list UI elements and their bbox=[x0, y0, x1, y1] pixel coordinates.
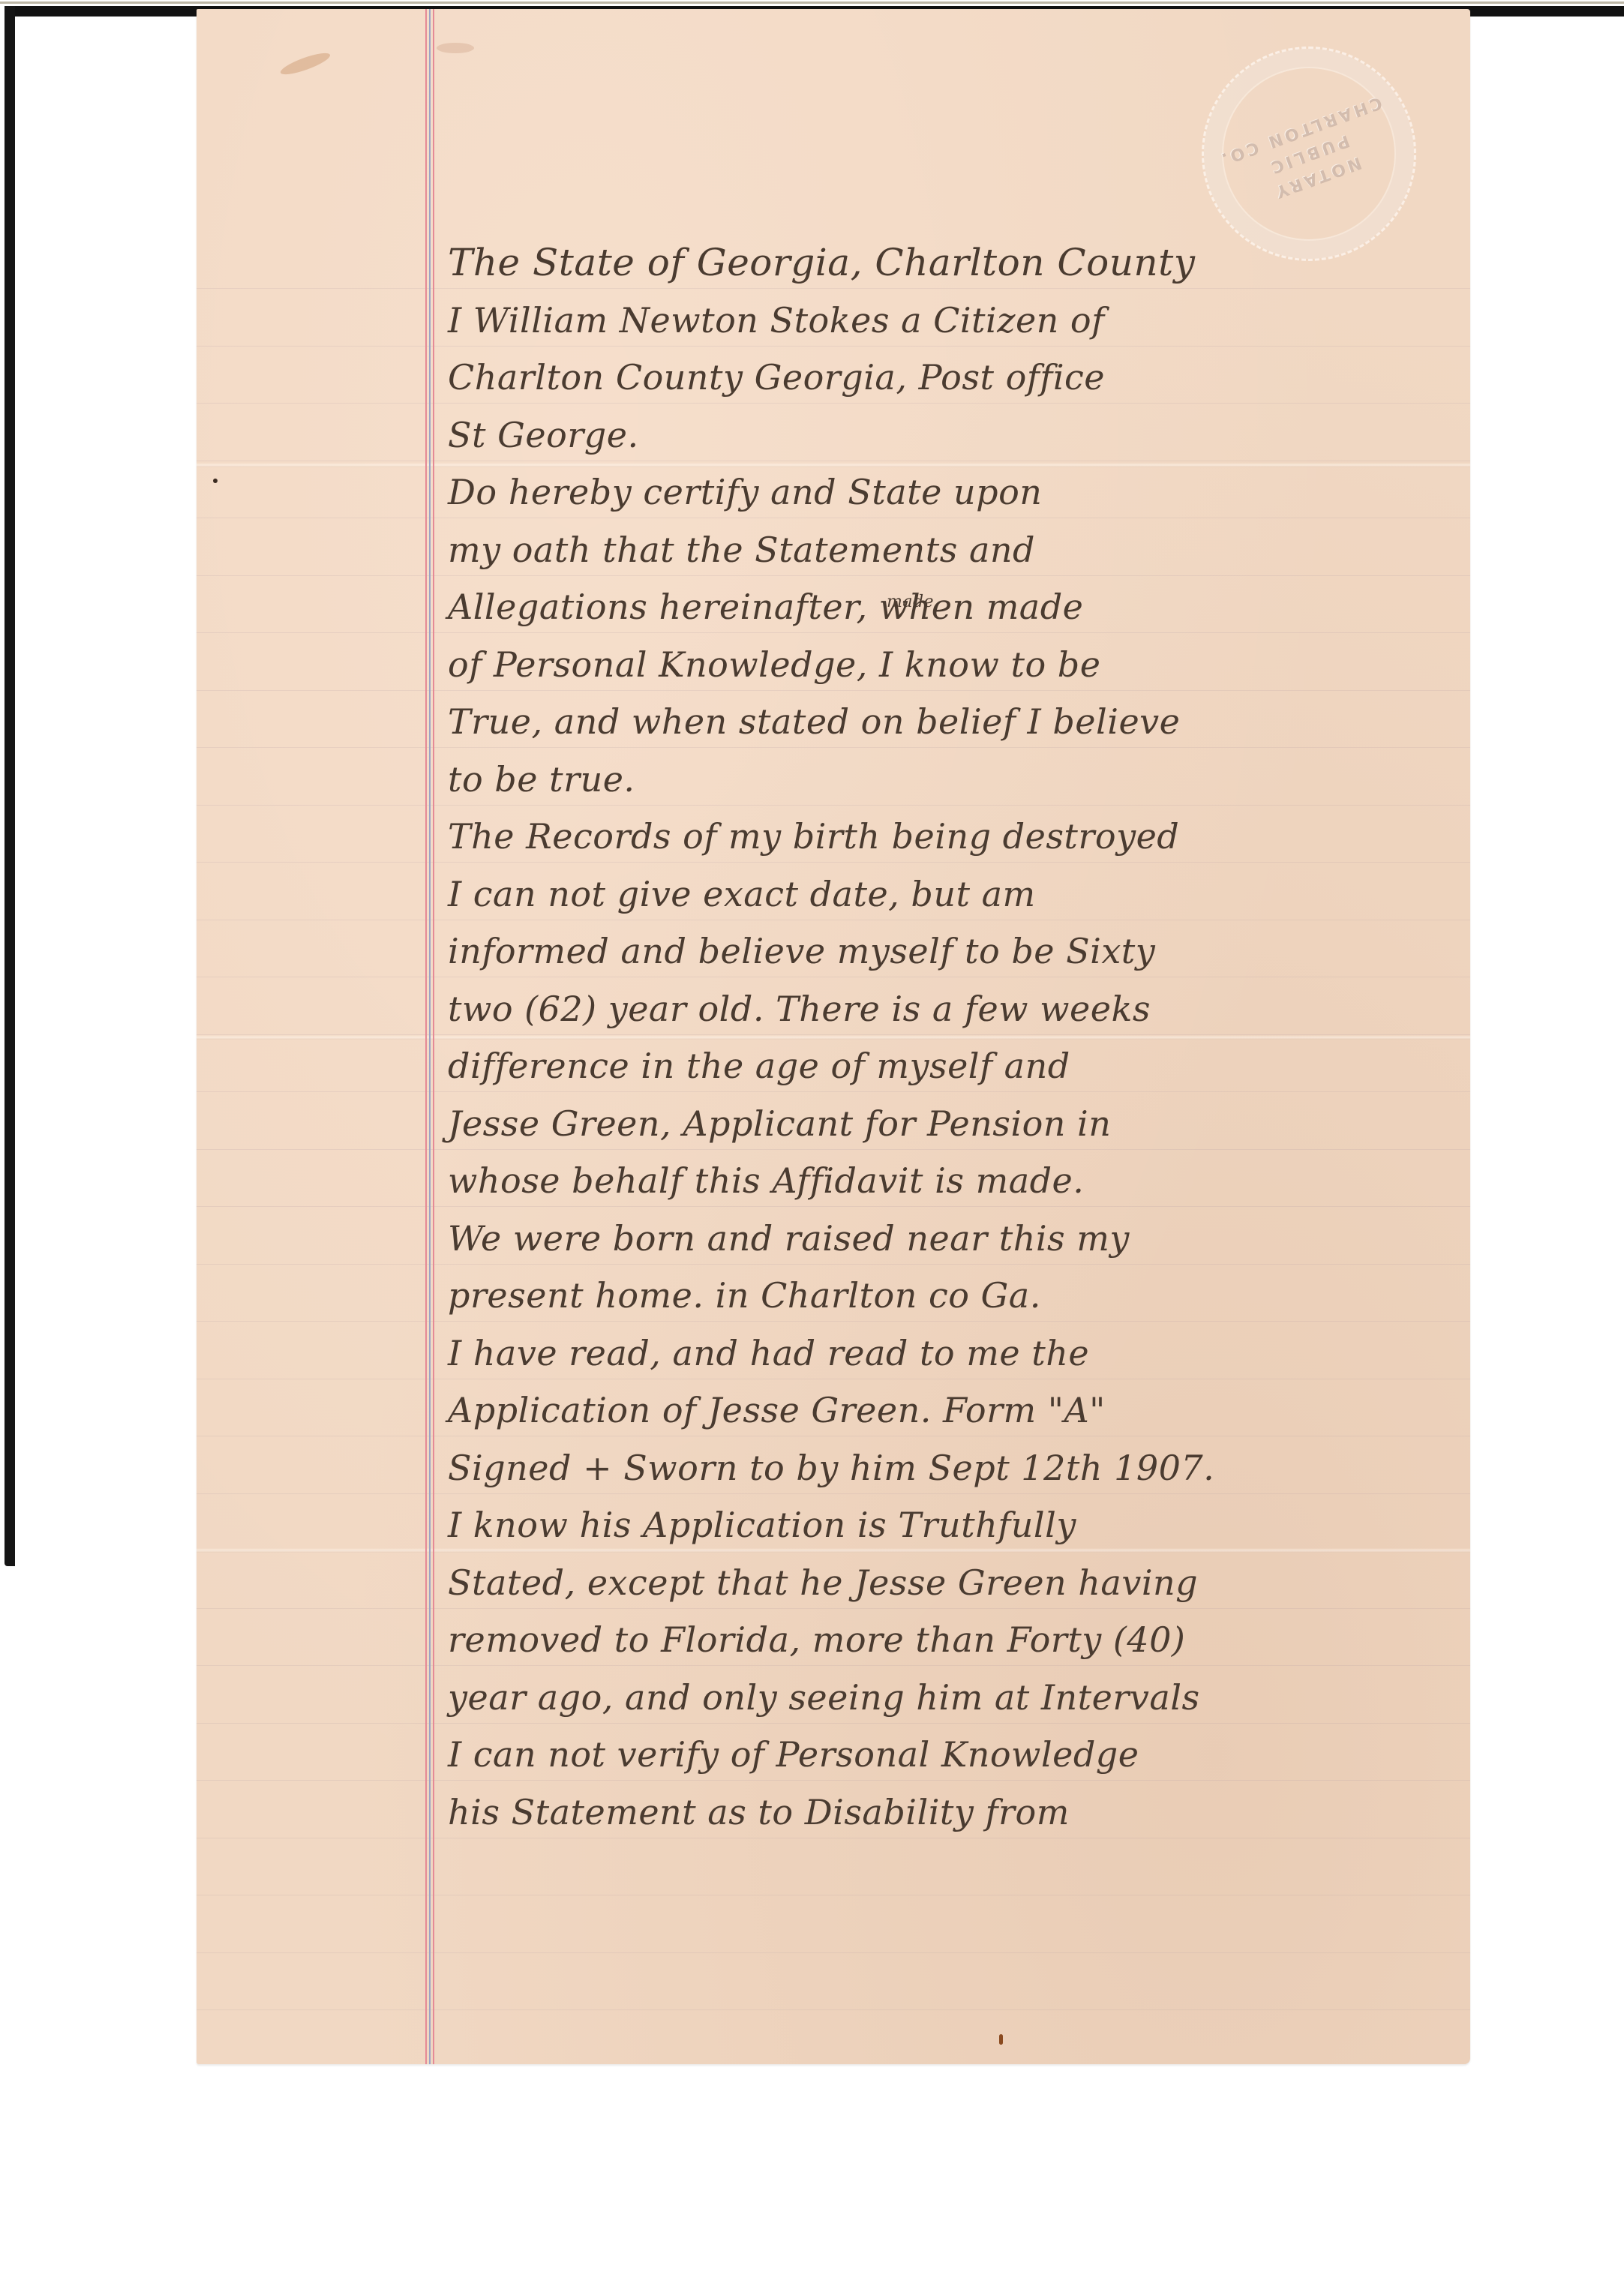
text-line: Signed + Sworn to by him Sept 12th 1907. bbox=[448, 1439, 1453, 1497]
stain bbox=[278, 50, 332, 79]
text-line: St George. bbox=[448, 407, 1453, 464]
ruled-line bbox=[197, 1952, 1470, 1953]
scanner-top-rule bbox=[0, 2, 1624, 4]
affidavit-body: The State of Georgia, Charlton County I … bbox=[448, 234, 1453, 1841]
scanner-frame-left bbox=[5, 6, 15, 1566]
margin-line bbox=[425, 9, 434, 2064]
text-line: I can not give exact date, but am bbox=[448, 866, 1453, 923]
text-line: We were born and raised near this my bbox=[448, 1210, 1453, 1268]
ink-dot bbox=[999, 2034, 1003, 2045]
text-line: Stated, except that he Jesse Green havin… bbox=[448, 1554, 1453, 1612]
interlinear-insertion: made bbox=[887, 574, 934, 632]
ruled-line bbox=[197, 1895, 1470, 1895]
stain bbox=[437, 43, 474, 53]
seal-text: NOTARY PUBLIC CHARLTON CO. bbox=[1215, 89, 1402, 218]
text-line: I have read, and had read to me the bbox=[448, 1325, 1453, 1382]
text-line: Application of Jesse Green. Form "A" bbox=[448, 1382, 1453, 1439]
text-line: year ago, and only seeing him at Interva… bbox=[448, 1669, 1453, 1727]
text-line: my oath that the Statements and bbox=[448, 521, 1453, 579]
text-line-content: Allegations hereinafter, when made bbox=[448, 587, 1083, 627]
text-line: removed to Florida, more than Forty (40) bbox=[448, 1611, 1453, 1669]
text-line: his Statement as to Disability from bbox=[448, 1784, 1453, 1841]
heading-line: The State of Georgia, Charlton County bbox=[448, 234, 1453, 292]
embossed-notary-seal: NOTARY PUBLIC CHARLTON CO. bbox=[1202, 47, 1416, 261]
text-line: present home. in Charlton co Ga. bbox=[448, 1267, 1453, 1325]
text-line: informed and believe myself to be Sixty bbox=[448, 923, 1453, 980]
text-line: difference in the age of myself and bbox=[448, 1037, 1453, 1095]
text-line: Do hereby certify and State upon bbox=[448, 464, 1453, 521]
text-line: Allegations hereinafter, when made made bbox=[448, 578, 1453, 636]
ink-dot bbox=[213, 479, 218, 483]
text-line: I know his Application is Truthfully bbox=[448, 1496, 1453, 1554]
text-line: I William Newton Stokes a Citizen of bbox=[448, 292, 1453, 350]
text-line: Jesse Green, Applicant for Pension in bbox=[448, 1095, 1453, 1153]
text-line: I can not verify of Personal Knowledge bbox=[448, 1726, 1453, 1784]
affidavit-page: NOTARY PUBLIC CHARLTON CO. The State of … bbox=[197, 9, 1470, 2064]
ruled-line bbox=[197, 2009, 1470, 2010]
text-line: of Personal Knowledge, I know to be bbox=[448, 636, 1453, 694]
text-line: whose behalf this Affidavit is made. bbox=[448, 1152, 1453, 1210]
text-line: to be true. bbox=[448, 751, 1453, 809]
text-line: The Records of my birth being destroyed bbox=[448, 808, 1453, 866]
text-line: two (62) year old. There is a few weeks bbox=[448, 980, 1453, 1038]
text-line: True, and when stated on belief I believ… bbox=[448, 693, 1453, 751]
text-line: Charlton County Georgia, Post office bbox=[448, 349, 1453, 407]
